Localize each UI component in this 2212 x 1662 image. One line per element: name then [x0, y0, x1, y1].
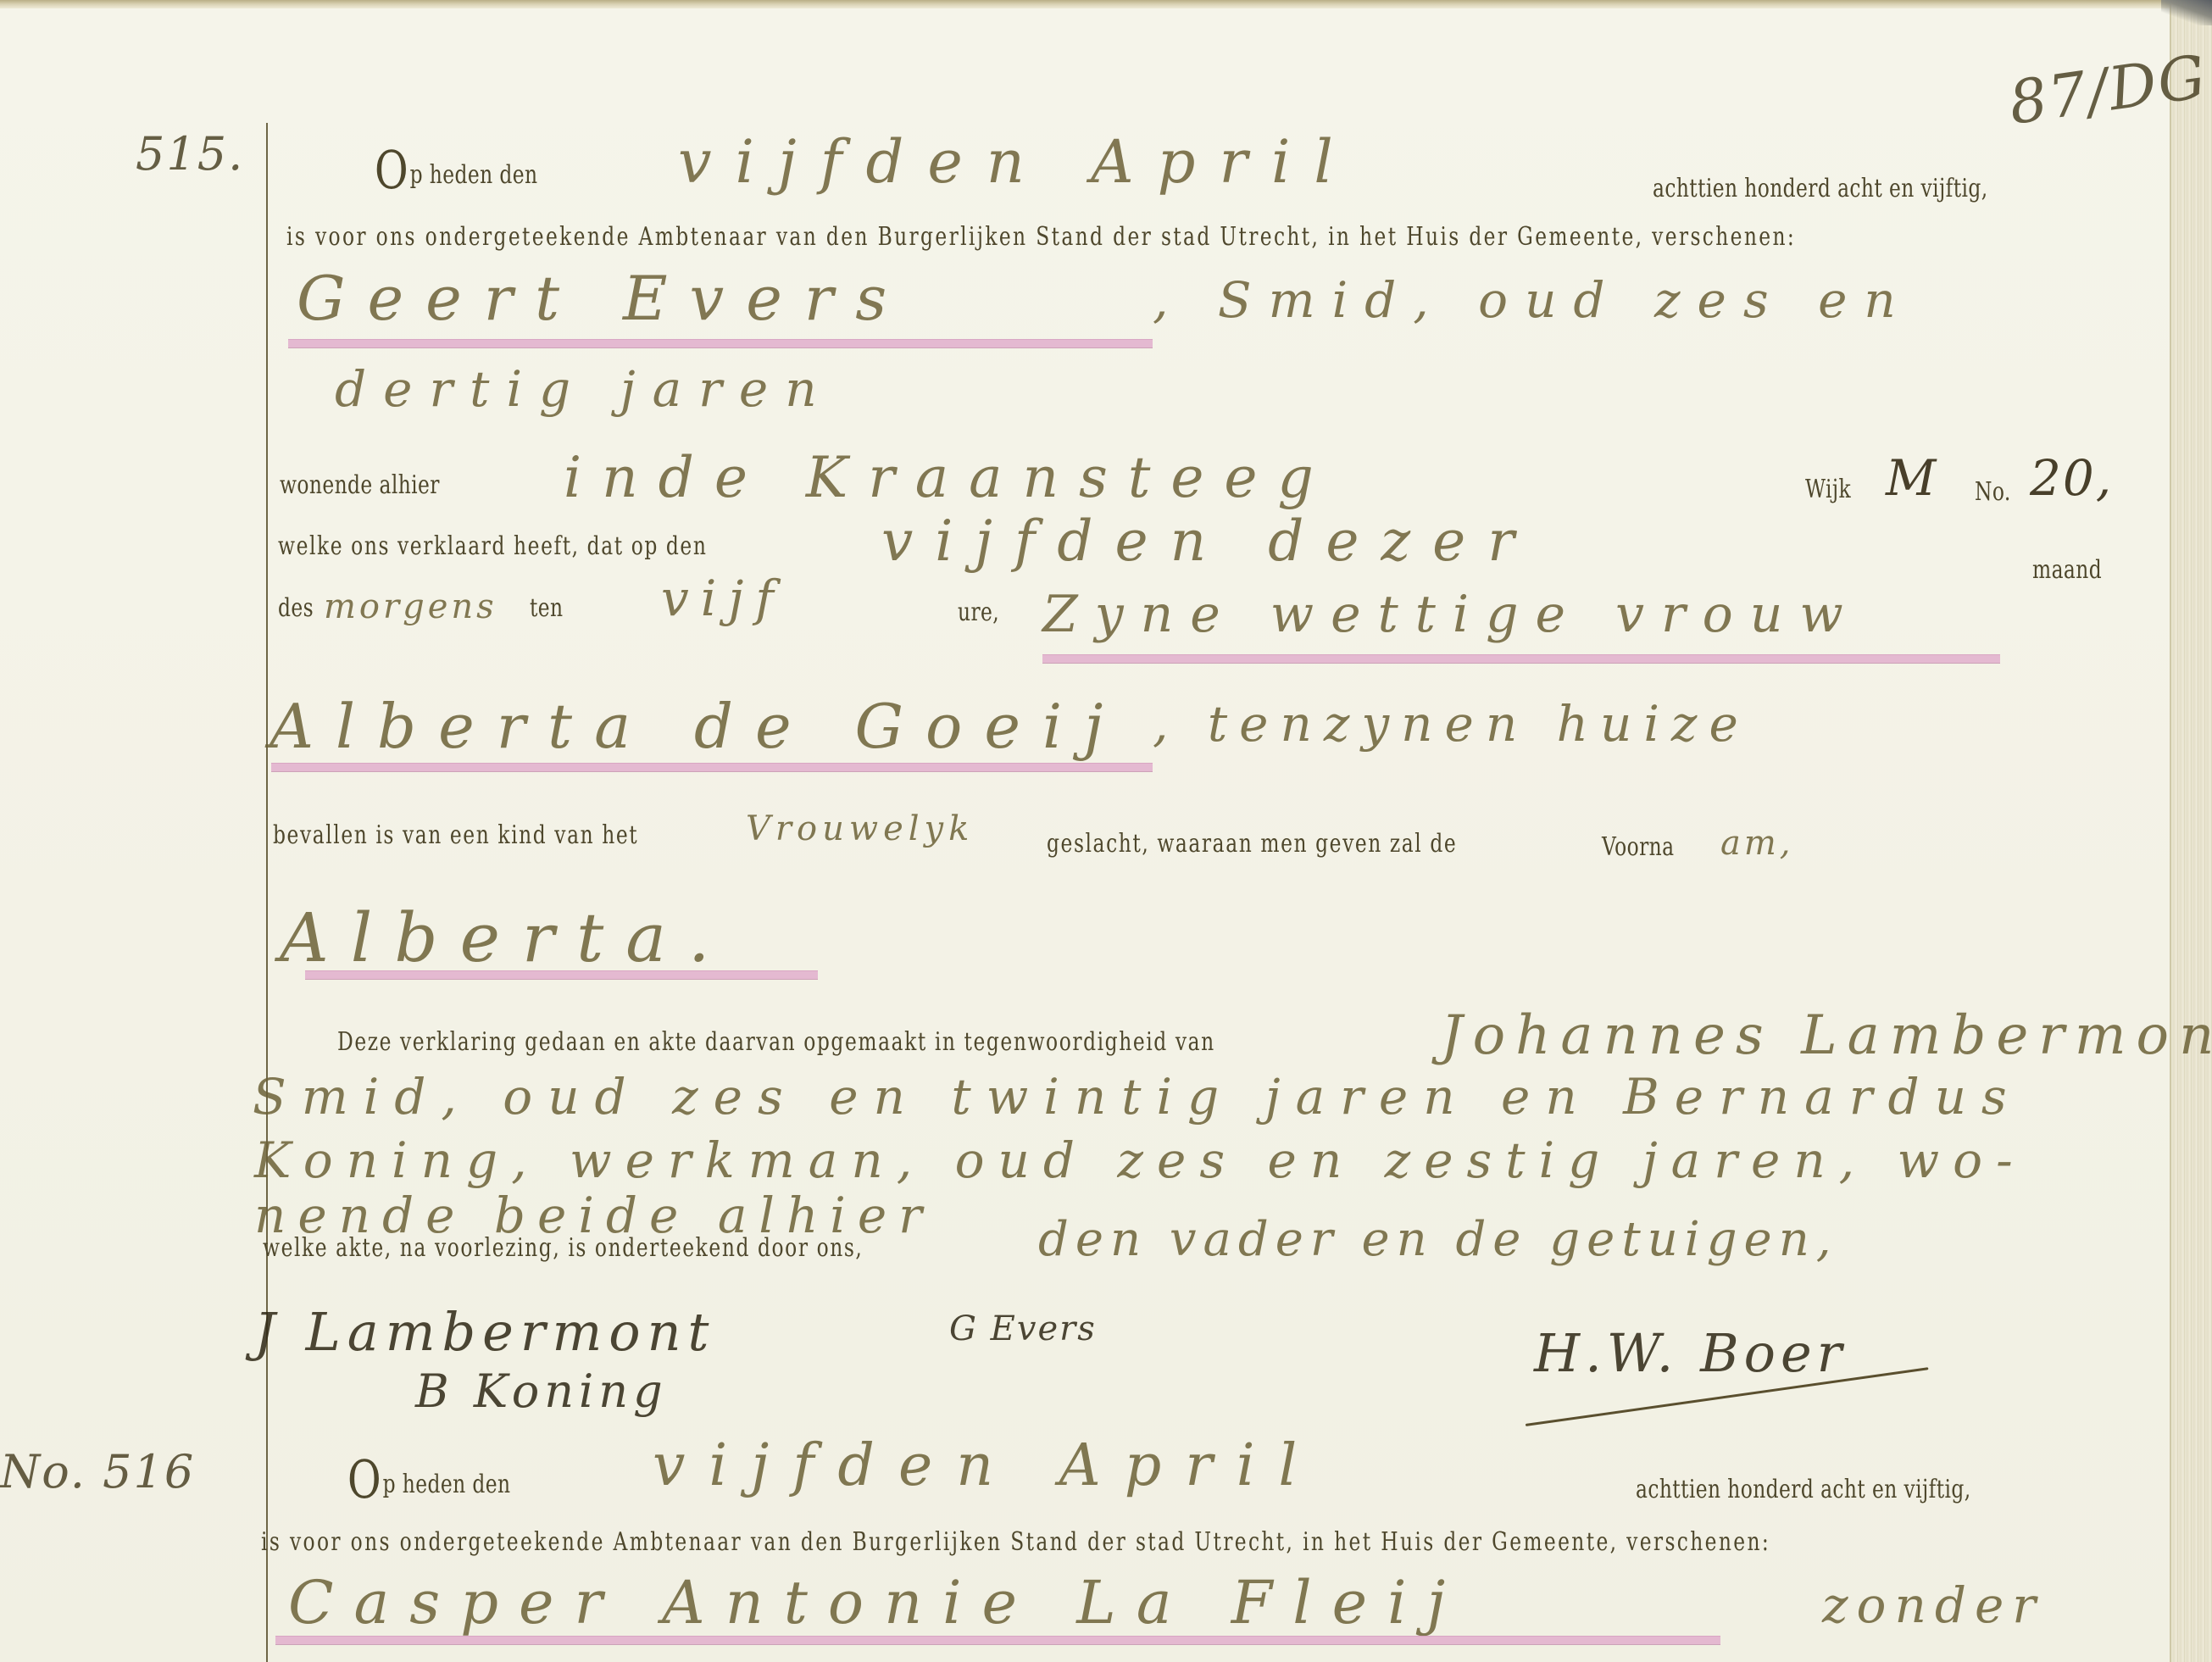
mother-name-underline	[271, 763, 1153, 772]
relation-underline	[1042, 654, 2000, 664]
witness-1-name: Johannes Lambermont,	[1441, 1004, 2212, 1067]
printed-wonende-alhier: wonende alhier	[280, 470, 440, 500]
page-top-edge	[0, 0, 2212, 8]
page-stack-edge	[2170, 0, 2212, 1662]
printed-initial-capital: O	[347, 1448, 381, 1510]
printed-ten: ten	[530, 593, 563, 623]
printed-text: p heden den	[383, 1470, 511, 1499]
birth-place: , tenzynen huize	[1153, 695, 1750, 753]
printed-des: des	[278, 593, 314, 623]
birth-hour: vijf	[661, 570, 786, 627]
signing-parties: den vader en de getuigen,	[1038, 1212, 1838, 1267]
printed-wijk: Wijk	[1805, 475, 1851, 504]
witness-line-2: Smid, oud zes en twintig jaren en Bernar…	[253, 1068, 2022, 1126]
declarant-name-underline	[288, 339, 1153, 348]
printed-witness-intro: Deze verklaring gedaan en akte daarvan o…	[337, 1027, 1215, 1057]
printed-ure: ure,	[958, 598, 999, 627]
birth-day: vijfden dezer	[881, 509, 1537, 574]
printed-text: p heden den	[410, 160, 538, 190]
declarant-name: Casper Antonie La Fleij	[288, 1568, 1465, 1637]
printed-op-heden-den: Op heden den	[347, 1454, 510, 1506]
printed-op-heden-den: Op heden den	[375, 144, 537, 197]
declarant-name-underline	[275, 1636, 1720, 1645]
printed-preamble: is voor ons ondergeteekende Ambtenaar va…	[261, 1527, 1770, 1557]
printed-signing: welke akte, na voorlezing, is onderteeke…	[263, 1233, 863, 1263]
relation-to-declarant: Zyne wettige vrouw	[1042, 585, 1860, 644]
wijk-letter: M	[1886, 449, 1937, 507]
printed-maand: maand	[2032, 555, 2102, 585]
printed-no: No.	[1975, 477, 2011, 507]
printed-voornaam: Voorna	[1602, 832, 1674, 862]
printed-year: achttien honderd acht en vijftig,	[1653, 174, 1988, 203]
house-number: 20,	[2030, 449, 2113, 507]
signature-witness-1: J Lambermont	[254, 1301, 715, 1363]
handwritten-date: vijfden April	[678, 127, 1357, 197]
declarant-name: Geert Evers	[297, 263, 909, 334]
printed-preamble: is voor ons ondergeteekende Ambtenaar va…	[286, 222, 1796, 252]
signature-witness-2: B Koning	[415, 1365, 668, 1418]
margin-rule	[266, 123, 268, 1662]
act-number: 515.	[136, 127, 244, 181]
witness-line-3: Koning, werkman, oud zes en zestig jaren…	[254, 1131, 2026, 1189]
printed-initial-capital: O	[375, 139, 408, 201]
voornaam-suffix: am,	[1720, 824, 1794, 863]
residence-street: inde Kraansteeg	[564, 445, 1334, 510]
child-sex: Vrouwelyk	[746, 809, 974, 848]
child-name: Alberta.	[280, 898, 731, 977]
part-of-day: morgens	[324, 587, 497, 626]
signature-official: H.W. Boer	[1534, 1322, 1847, 1384]
printed-year: achttien honderd acht en vijftig,	[1636, 1475, 1971, 1504]
child-name-underline	[305, 970, 818, 980]
signature-father: G Evers	[949, 1309, 1097, 1348]
printed-bevallen: bevallen is van een kind van het	[273, 820, 638, 850]
printed-geslacht: geslacht, waaraan men geven zal de	[1047, 829, 1457, 859]
act-number: No. 516	[0, 1445, 195, 1498]
declarant-occupation: zonder	[1822, 1576, 2044, 1634]
declarant-occupation-age: , Smid, oud zes en	[1153, 271, 1913, 329]
mother-name: Alberta de Goeij	[270, 691, 1125, 762]
book-corner-shadow	[2161, 0, 2212, 25]
declarant-age-continued: dertig jaren	[335, 360, 834, 418]
printed-declaration: welke ons verklaard heeft, dat op den	[278, 531, 707, 561]
handwritten-date: vijfden April	[653, 1432, 1320, 1499]
